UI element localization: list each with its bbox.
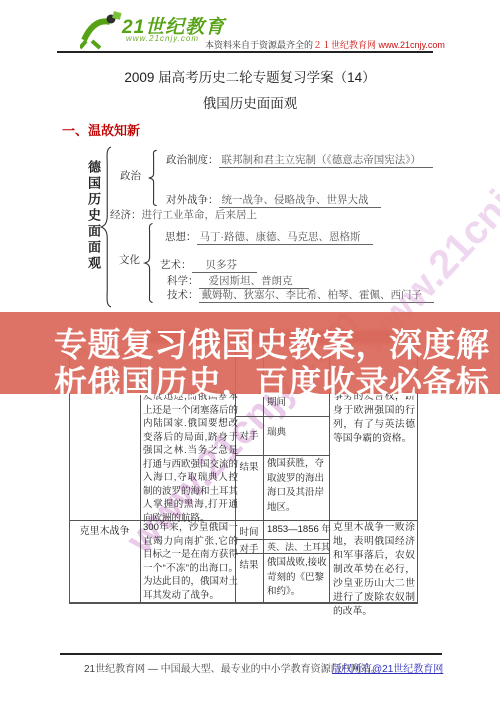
notice-brand: ２１世纪教育网 bbox=[313, 40, 376, 50]
item-answer: 联邦制和君主立宪制（《德意志帝国宪法》） bbox=[219, 154, 434, 168]
page-subtitle: 俄国历史面面观 bbox=[0, 92, 500, 112]
diagram-politics-brace bbox=[147, 150, 159, 206]
table-border-line bbox=[235, 416, 330, 417]
war2-result-cell: 俄国战败,接收苛刻的《巴黎和约》。 bbox=[267, 556, 327, 600]
war2-name-cell: 克里木战争 bbox=[69, 522, 140, 537]
header-notice: 本资料来自于资源最齐全的２１世纪教育网 www.21cnjy.com bbox=[205, 38, 445, 51]
item-label: 政治制度： bbox=[166, 154, 219, 166]
item-answer: 马丁·路德、康德、马克思、恩格斯 bbox=[197, 231, 373, 245]
item-answer: 戴姆勒、狄塞尔、李比希、柏琴、霍佩、西门子 bbox=[199, 289, 435, 303]
item-label: 对外战争： bbox=[166, 194, 219, 206]
diagram-item-science: 科学：爱因斯坦、普朗克 bbox=[167, 273, 309, 288]
diagram-politics-label: 政治 bbox=[120, 168, 141, 183]
diagram-item-economy: 经济：进行工业革命，后来居上 bbox=[110, 207, 257, 222]
war2-time-cell: 1853—1856 年 bbox=[267, 523, 331, 538]
diagram-item-art: 艺术：贝多芬 bbox=[160, 257, 257, 272]
page-title: 2009 届高考历史二轮专题复习学案（14） bbox=[0, 66, 500, 86]
item-answer: 贝多芬 bbox=[192, 259, 258, 273]
item-answer: 统一战争、侵略战争、世界大战 bbox=[219, 194, 381, 208]
item-label: 技术： bbox=[167, 289, 199, 301]
notice-prefix: 本资料来自于资源最齐全的 bbox=[205, 40, 313, 50]
diagram-culture-label: 文化 bbox=[119, 252, 140, 267]
table-border-line bbox=[235, 455, 330, 456]
war1-result-cell: 俄国获胜，夺取波罗的海出海口及其沿岸地区。 bbox=[267, 457, 327, 515]
section-heading: 一、温故知新 bbox=[62, 120, 140, 139]
item-label: 科学： bbox=[167, 275, 199, 287]
war2-rival-cell: 英、法、土耳其 bbox=[267, 540, 331, 555]
war1-rival-label: 对手 bbox=[235, 428, 263, 442]
item-label: 思想： bbox=[165, 231, 197, 243]
diagram-main-brace bbox=[99, 146, 114, 308]
diagram-culture-brace bbox=[143, 223, 155, 303]
war1-result-label: 结果 bbox=[235, 459, 263, 473]
logo-mascot-icon bbox=[80, 10, 122, 50]
notice-site: www.21cnjy.com bbox=[379, 40, 445, 50]
war2-background-cell: 300年来，沙皇俄国一直竭力向南扩张,它的目标之一是在南方获得一个“不冻”的出海… bbox=[143, 521, 238, 602]
item-answer: 进行工业革命，后来居上 bbox=[142, 209, 258, 221]
diagram-item-technology: 技术：戴姆勒、狄塞尔、李比希、柏琴、霍佩、西门子 bbox=[167, 287, 434, 302]
promo-banner-line2: 析俄国历史，百度收录必备标 bbox=[54, 357, 490, 404]
logo-site-text: www.21cnjy.com bbox=[126, 34, 199, 43]
footer-copyright-link[interactable]: 版权所有@21世纪教育网 bbox=[332, 660, 443, 675]
war1-background-cell: 发展迅速,而俄国基本上还是一个闭塞落后的内陆国家.俄国要想改变落后的局面,跻身于… bbox=[143, 390, 238, 525]
document-page: 21世纪教育 www.21cnjy.com 本资料来自于资源最齐全的２１世纪教育… bbox=[0, 0, 500, 707]
footer-rule bbox=[60, 653, 442, 655]
war2-rival-label: 对手 bbox=[235, 541, 263, 555]
item-label: 艺术： bbox=[160, 259, 192, 271]
header-rule bbox=[57, 51, 433, 53]
promo-banner[interactable]: 专题复习俄国史教案，深度解 析俄国历史，百度收录必备标 bbox=[0, 312, 500, 394]
diagram-item-thought: 思想：马丁·路德、康德、马克思、恩格斯 bbox=[165, 229, 373, 244]
item-label: 经济： bbox=[110, 209, 142, 221]
war1-rival-cell: 瑞典 bbox=[267, 426, 286, 441]
war2-time-label: 时间 bbox=[235, 524, 263, 538]
war2-impact-cell: 克里木战争一败涂地，表明俄国经济和军事落后，农奴制改革势在必行，沙皇亚历山大二世… bbox=[333, 521, 415, 619]
diagram-item-foreign-wars: 对外战争：统一战争、侵略战争、世界大战 bbox=[166, 192, 381, 207]
war2-result-label: 结果 bbox=[235, 557, 263, 571]
diagram-item-political-system: 政治制度：联邦制和君主立宪制（《德意志帝国宪法》） bbox=[166, 152, 433, 167]
